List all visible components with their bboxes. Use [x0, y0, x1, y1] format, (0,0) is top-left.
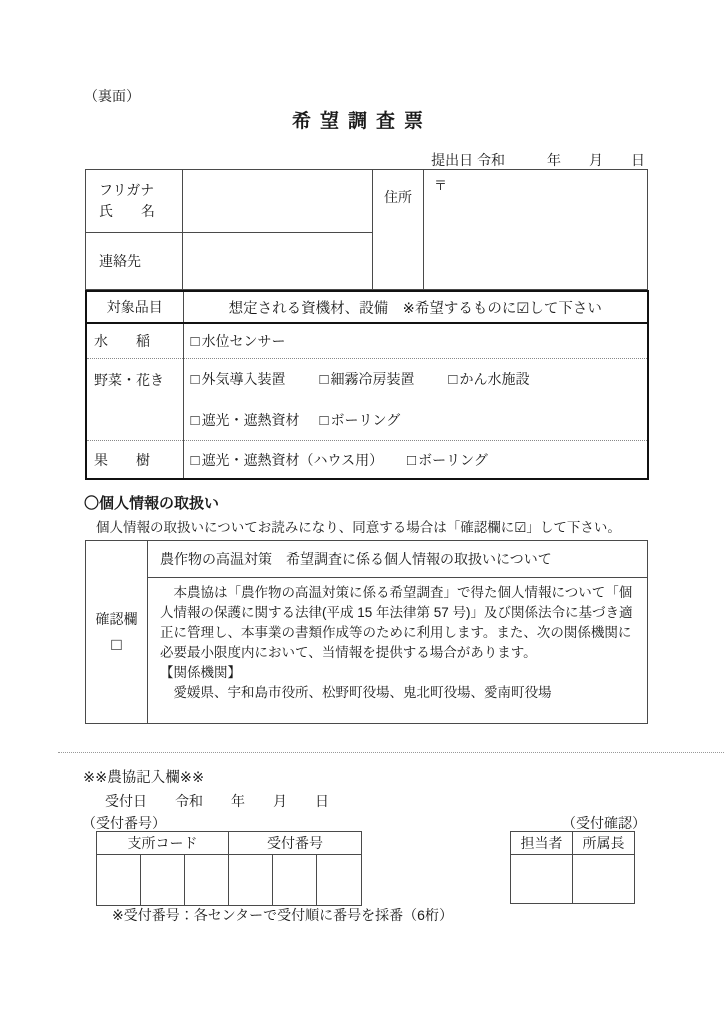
approval-stamp-table: 担当者 所属長 — [510, 831, 635, 904]
reception-number-header: 受付番号 — [229, 832, 362, 855]
submit-date-line: 提出日 令和 年 月 日 — [431, 150, 645, 170]
back-side-label: （裏面） — [84, 86, 140, 106]
manager-header: 所属長 — [573, 832, 635, 855]
reception-date-line: 受付日 令和 年 月 日 — [105, 791, 329, 811]
items-header-note: 想定される資機材、設備 ※希望するものに☑して下さい — [183, 291, 648, 323]
page-title: 希望調査票 — [0, 106, 724, 133]
crop-label-rice: 水 稲 — [86, 323, 183, 359]
contact-label-cell: 連絡先 — [86, 233, 183, 290]
privacy-body-text: 本農協は「農作物の高温対策に係る希望調査」で得た個人情報について「個人情報の保護… — [148, 578, 648, 724]
items-table: 対象品目 想定される資機材、設備 ※希望するものに☑して下さい 水 稲 □水位セ… — [85, 290, 649, 480]
checkbox-item[interactable]: □ボーリング — [407, 452, 488, 468]
confirm-checkbox-icon[interactable]: □ — [86, 634, 147, 656]
name-label-cell: フリガナ 氏 名 — [86, 170, 183, 233]
applicant-table: フリガナ 氏 名 住所 〒 連絡先 — [85, 169, 648, 290]
privacy-table-title: 農作物の高温対策 希望調査に係る個人情報の取扱いについて — [148, 541, 648, 578]
reception-number-digit-cell[interactable] — [229, 855, 273, 906]
branch-code-digit-cell[interactable] — [141, 855, 185, 906]
privacy-table: 確認欄 □ 農作物の高温対策 希望調査に係る個人情報の取扱いについて 本農協は「… — [85, 540, 648, 724]
contact-input-cell[interactable] — [183, 233, 373, 290]
confirm-label: 確認欄 — [96, 611, 138, 627]
checkbox-item[interactable]: □水位センサー — [191, 333, 286, 349]
privacy-intro-text: 個人情報の取扱いについてお読みになり、同意する場合は「確認欄に☑」して下さい。 — [96, 516, 621, 536]
reception-number-table: 支所コード 受付番号 — [96, 831, 362, 906]
postal-mark-icon: 〒 — [434, 178, 447, 193]
checkbox-icon[interactable]: □ — [407, 452, 416, 469]
staff-stamp-cell[interactable] — [511, 855, 573, 904]
privacy-section-heading: 〇個人情報の取扱い — [84, 492, 219, 513]
crop-label-vegetables-flowers: 野菜・花き — [86, 359, 183, 441]
contact-label: 連絡先 — [99, 253, 141, 269]
reception-number-digit-cell[interactable] — [273, 855, 317, 906]
checkbox-item[interactable]: □遮光・遮熱資材 — [191, 412, 300, 428]
option-label: 水位センサー — [202, 333, 286, 349]
checkbox-icon[interactable]: □ — [191, 371, 200, 388]
items-header-label: 対象品目 — [86, 291, 183, 323]
furigana-label: フリガナ — [99, 180, 182, 201]
fruit-options-cell: □遮光・遮熱資材（ハウス用） □ボーリング — [183, 441, 648, 480]
checkbox-icon[interactable]: □ — [191, 452, 200, 469]
reception-number-note: ※受付番号：各センターで受付順に番号を採番（6桁） — [112, 905, 453, 925]
section-divider — [58, 752, 724, 753]
name-label: 氏 名 — [99, 201, 182, 222]
reception-confirm-label: （受付確認） — [562, 813, 646, 833]
crop-label-fruit-trees: 果 樹 — [86, 441, 183, 480]
survey-form-page: （裏面） 希望調査票 提出日 令和 年 月 日 フリガナ 氏 名 住所 〒 連絡… — [0, 0, 724, 1024]
option-label: 遮光・遮熱資材 — [202, 412, 300, 428]
confirm-column-cell: 確認欄 □ — [86, 541, 148, 724]
checkbox-icon[interactable]: □ — [319, 412, 328, 429]
rice-options-cell: □水位センサー — [183, 323, 648, 359]
office-use-section-title: ※※農協記入欄※※ — [83, 766, 204, 787]
branch-code-header: 支所コード — [97, 832, 229, 855]
checkbox-icon[interactable]: □ — [448, 371, 457, 388]
checkbox-item[interactable]: □細霧冷房装置 — [319, 371, 414, 387]
checkbox-item[interactable]: □外気導入装置 — [191, 371, 286, 387]
option-label: 細霧冷房装置 — [331, 371, 415, 387]
reception-number-digit-cell[interactable] — [317, 855, 362, 906]
checkbox-item[interactable]: □かん水施設 — [448, 371, 529, 387]
checkbox-item[interactable]: □遮光・遮熱資材（ハウス用） — [191, 452, 384, 468]
option-label: かん水施設 — [459, 371, 529, 387]
address-label-cell: 住所 — [373, 170, 424, 290]
options-line: □遮光・遮熱資材 □ボーリング — [191, 410, 648, 430]
options-line: □外気導入装置 □細霧冷房装置 □かん水施設 — [191, 369, 648, 389]
name-input-cell[interactable] — [183, 170, 373, 233]
checkbox-icon[interactable]: □ — [319, 371, 328, 388]
option-label: ボーリング — [331, 412, 401, 428]
manager-stamp-cell[interactable] — [573, 855, 635, 904]
staff-header: 担当者 — [511, 832, 573, 855]
checkbox-icon[interactable]: □ — [191, 333, 200, 350]
checkbox-icon[interactable]: □ — [191, 412, 200, 429]
vegetable-options-cell: □外気導入装置 □細霧冷房装置 □かん水施設 □遮光・遮熱資材 □ボーリング — [183, 359, 648, 441]
option-label: 遮光・遮熱資材（ハウス用） — [202, 452, 384, 468]
option-label: ボーリング — [418, 452, 488, 468]
checkbox-item[interactable]: □ボーリング — [319, 412, 400, 428]
branch-code-digit-cell[interactable] — [97, 855, 141, 906]
branch-code-digit-cell[interactable] — [185, 855, 229, 906]
option-label: 外気導入装置 — [202, 371, 286, 387]
reception-number-label: （受付番号） — [82, 813, 166, 833]
address-input-cell[interactable]: 〒 — [424, 170, 648, 290]
address-label: 住所 — [384, 189, 412, 205]
